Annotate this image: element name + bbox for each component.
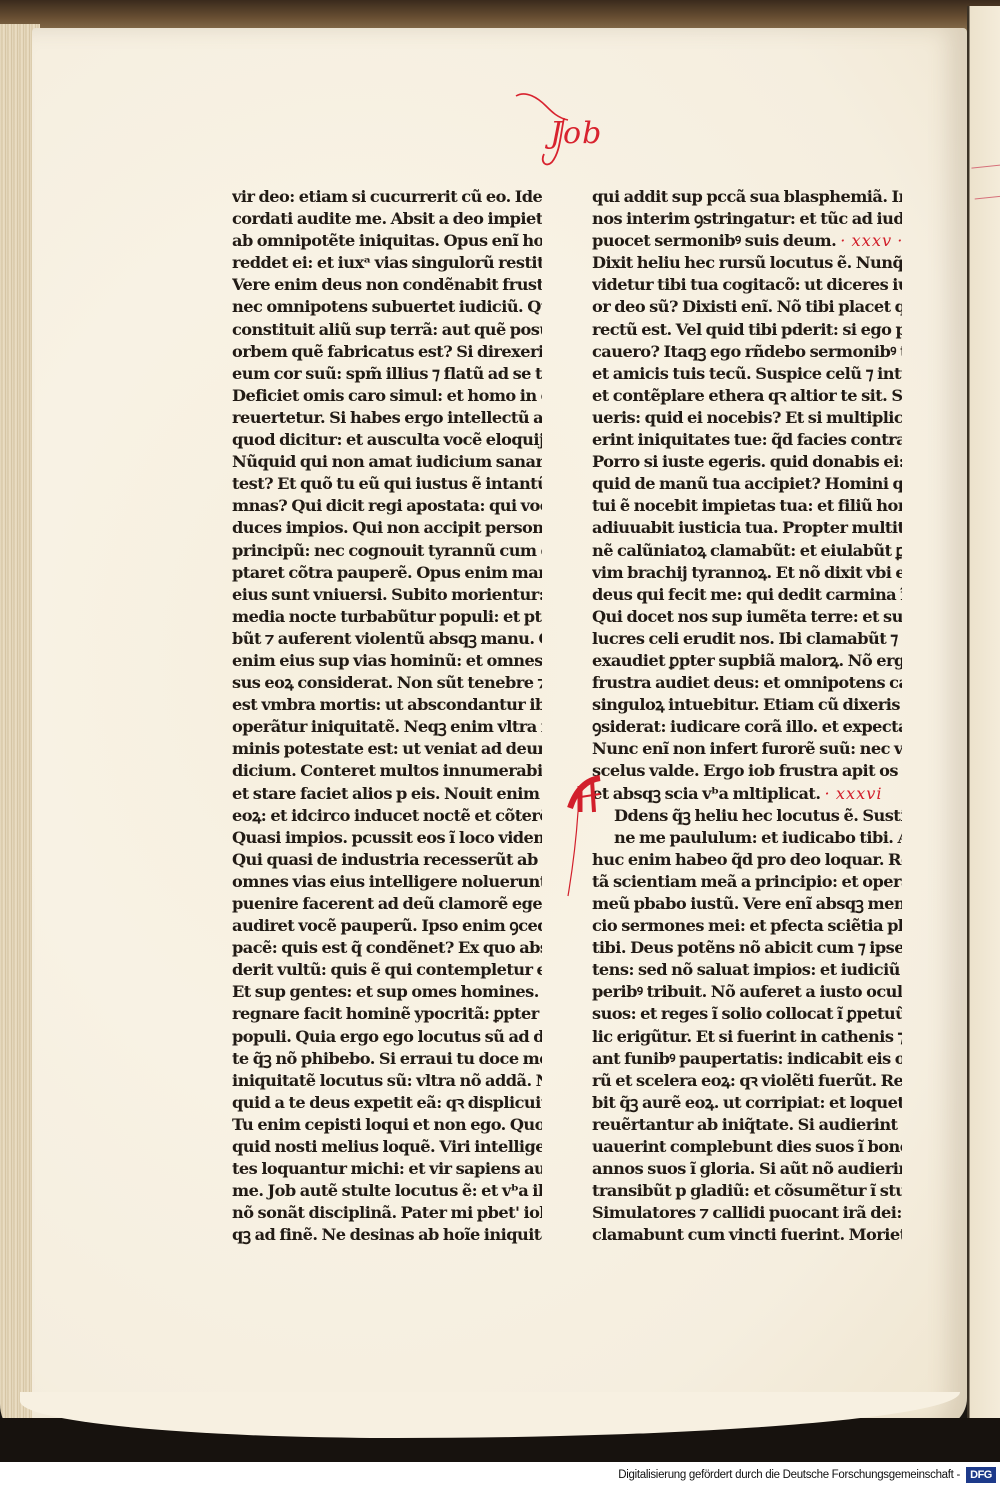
text-line: orbem quẽ fabricatus est? Si direxerit a… [232,341,542,363]
text-line: duces impios. Qui non accipit personas [232,517,542,539]
text-line: scelus valde. Ergo iob frustra apit os s… [592,760,902,782]
text-line: rũ et scelera eoꝝ: qꝛ violẽti fuerũt. Re… [592,1070,902,1092]
text-line: principũ: nec cognouit tyrannũ cum disce [232,540,542,562]
funding-credit: Digitalisierung gefördert durch die Deut… [618,1469,960,1481]
text-line: puenire facerent ad deũ clamorẽ egeni: e… [232,893,542,915]
text-line: derit vultũ: quis ẽ qui contempletur eum… [232,959,542,981]
text-line: tui ẽ nocebit impietas tua: et filiũ hom… [592,495,902,517]
text-line: reuẽrtantur ab iniq̃tate. Si audierint ⁊… [592,1114,902,1136]
text-line: quid a te deus expetit eã: qꝛ displicuit… [232,1092,542,1114]
text-line: vim brachij tyrannoꝝ. Et nõ dixit vbi es… [592,562,902,584]
text-line: rectũ est. Vel quid tibi pderit: si ego … [592,319,902,341]
dfg-logo-icon: DFG [966,1467,996,1483]
text-line: Dixit heliu hec rursũ locutus ẽ. Nunq̃d … [592,252,902,274]
text-line: cauero? Itaqꝫ ego rñdebo sermonibꝰ tuis: [592,341,902,363]
text-line: et amicis tuis tecũ. Suspice celũ ⁊ intu… [592,363,902,385]
library-stamp [971,165,1000,200]
text-column-right: qui addit sup pccã sua blasphemiã. Inter… [592,186,902,1247]
facing-page-edge [967,6,1000,1436]
text-line: ant funibꝰ paupertatis: indicabit eis op… [592,1048,902,1070]
text-line: ab omnipotẽte iniquitas. Opus enĩ hoĩs [232,230,542,252]
text-line: vir deo: etiam si cucurrerit cũ eo. Ideo… [232,186,542,208]
text-line: deus qui fecit me: qui dedit carmina ĩ n… [592,584,902,606]
text-line: me. Job autẽ stulte locutus ẽ: et vᵇa il… [232,1180,542,1202]
text-line: lucres celi erudit nos. Ibi clamabũt ⁊ n… [592,628,902,650]
text-line: or deo sũ? Dixisti enĩ. Nõ tibi placet q… [592,296,902,318]
text-line: videtur tibi tua cogitacõ: ut diceres iu… [592,274,902,296]
decorated-initial-a [566,772,602,900]
text-line: populi. Quia ergo ego locutus sũ ad deũ: [232,1026,542,1048]
text-line: exaudiet ꝑpter supbiã malorꝝ. Nõ ergo [592,650,902,672]
text-line: quid nosti melius loquẽ. Viri intelligen [232,1136,542,1158]
text-fragment: et absqꝫ scia vᵇa mltiplicat. [592,784,820,803]
text-line: Qui docet nos sup iumẽta terre: et sup v… [592,606,902,628]
text-line: Simulatores ⁊ callidi puocant irã dei: n… [592,1202,902,1224]
text-line: clamabunt cum vincti fuerint. Morietur i… [592,1224,902,1246]
text-line: lic erigũtur. Et si fuerint in cathenis … [592,1026,902,1048]
text-line: Et sup gentes: et sup omes homines. Qui [232,981,542,1003]
text-line: enim eius sup vias hominũ: et omnes gres [232,650,542,672]
text-line: Tu enim cepisti loqui et non ego. Quod s… [232,1114,542,1136]
text-line: Porro si iuste egeris. quid donabis ei: … [592,451,902,473]
text-line: huc enim habeo q̃d pro deo loquar. Repe= [592,849,902,871]
text-line: bũt ⁊ auferent violentũ absqꝫ manu. Ocul… [232,628,542,650]
text-line: iniquitatẽ locutus sũ: vltra nõ addã. Nu… [232,1070,542,1092]
text-line: frustra audiet deus: et omnipotens causa… [592,672,902,694]
text-line: cio sermones mei: et pfecta sciẽtia pbab… [592,915,902,937]
chapter-number-36: · xxxvi [825,784,883,803]
rubricated-initial-icon [566,772,602,900]
text-line: peribꝰ tribuit. Nõ auferet a iusto oculo… [592,981,902,1003]
text-line: media nocte turbabũtur populi: et ptrans… [232,606,542,628]
text-line: ne me paululum: et iudicabo tibi. Ad [592,827,902,849]
text-line: bit q̃ꝫ aurẽ eoꝝ. ut corripiat: et loque… [592,1092,902,1114]
text-line: dicium. Conteret multos innumerabiles: [232,760,542,782]
text-line: regnare facit hominẽ ypocritã: ꝑpter pec… [232,1003,542,1025]
text-line: adiuuabit iusticia tua. Propter multitud… [592,517,902,539]
text-line: transibũt p gladiũ: et cõsumẽtur ĩ stult… [592,1180,902,1202]
text-line: annos suos ĩ gloria. Si aũt nõ audierint [592,1158,902,1180]
text-line: reuertetur. Si habes ergo intellectũ aud… [232,407,542,429]
text-line: Ddens q̃ꝫ heliu hec locutus ẽ. Susti [592,805,902,827]
text-line: operãtur iniquitatẽ. Neqꝫ enim vltra in … [232,716,542,738]
chapter-number-35: · xxxv · [840,231,902,250]
text-line: minis potestate est: ut veniat ad deum i… [232,738,542,760]
manuscript-scan: Job vir deo: etiam si cucurrerit cũ eo. … [0,0,1000,1462]
text-line: qꝫ ad finẽ. Ne desinas ab hoĩe iniquitat… [232,1224,542,1246]
text-line: mnas? Qui dicit regi apostata: qui vocat [232,495,542,517]
text-line: reddet ei: et iuxᵃ vias singulorũ restit… [232,252,542,274]
text-line: ueris: quid ei nocebis? Et si multiplica… [592,407,902,429]
text-line: eoꝝ: et idcirco inducet noctẽ et cõterẽt… [232,805,542,827]
text-line: audiret vocẽ pauperũ. Ipso enim ꝯcedẽte [232,915,542,937]
running-head: Job [500,88,610,178]
text-line: constituit aliũ sup terrã: aut quẽ posui… [232,319,542,341]
text-line: Deficiet omis caro simul: et homo in cin… [232,385,542,407]
text-line: meũ pbabo iustũ. Vere enĩ absqꝫ menda= [592,893,902,915]
text-line: Qui quasi de industria recesserũt ab eo.… [232,849,542,871]
text-line: singuloꝝ intuebitur. Etiam cũ dixeris no… [592,694,902,716]
page-bottom-shadow [0,1418,1000,1462]
text-line: nos interim ꝯstringatur: et tũc ad iudic… [592,208,902,230]
text-line: quod dicitur: et ausculta vocẽ eloquij m… [232,429,542,451]
footer-bar: Digitalisierung gefördert durch die Deut… [0,1462,1000,1488]
text-line: eius sunt vniuersi. Subito morientur: ⁊ … [232,584,542,606]
text-line: nẽ calũniatoꝝ clamabũt: et eiulabũt ꝑpte… [592,540,902,562]
text-line: ꝯsiderat: iudicare corã illo. et expecta… [592,716,902,738]
text-line: test? Et quõ tu eũ qui iustus ẽ intantũ … [232,473,542,495]
text-line: est vmbra mortis: ut abscondantur ibi qu… [232,694,542,716]
text-line: te q̃ꝫ nõ phibebo. Si erraui tu doce me.… [232,1048,542,1070]
text-line: suos: et reges ĩ solio collocat ĩ ꝑpetuũ… [592,1003,902,1025]
text-line: Nunc enĩ non infert furorẽ suũ: nec vlci… [592,738,902,760]
text-line: nõ sonãt disciplinã. Pater mi pbet' iob … [232,1202,542,1224]
text-line-with-chapter: puocet sermonibꝰ suis deum. · xxxv · [592,230,902,252]
text-line: quid de manũ tua accipiet? Homini qui si… [592,473,902,495]
text-line: Quasi impios. pcussit eos ĩ loco videnti… [232,827,542,849]
text-line: nec omnipotens subuertet iudiciũ. Quem [232,296,542,318]
text-line: et contẽplare ethera qꝛ altior te sit. S… [592,385,902,407]
text-line: tibi. Deus potẽns nõ abicit cum ⁊ ipse s… [592,937,902,959]
text-line: ptaret cõtra pauperẽ. Opus enim manuũ [232,562,542,584]
text-line: tã scientiam meã a principio: et operato… [592,871,902,893]
text-line: pacẽ: quis est q̃ condẽnet? Ex quo absco… [232,937,542,959]
text-line: Vere enim deus non condẽnabit frustra: [232,274,542,296]
text-line: tes loquantur michi: et vir sapiens audi… [232,1158,542,1180]
text-column-left: vir deo: etiam si cucurrerit cũ eo. Ideo… [232,186,542,1247]
running-head-title: Job [550,116,602,151]
text-fragment: puocet sermonibꝰ suis deum. [592,231,836,250]
text-line: erint iniquitates tue: q̃d facies contra… [592,429,902,451]
text-line: eum cor suũ: spm̃ illius ⁊ flatũ ad se t… [232,363,542,385]
text-line: cordati audite me. Absit a deo impietas:… [232,208,542,230]
text-line: Nũquid qui non amat iudicium sanari po= [232,451,542,473]
text-line: tens: sed nõ saluat impios: et iudiciũ p… [592,959,902,981]
text-line: sus eoꝝ considerat. Non sũt tenebre ⁊ nõ [232,672,542,694]
text-line: uauerint complebunt dies suos ĩ bono: et [592,1136,902,1158]
text-line-with-chapter: et absqꝫ scia vᵇa mltiplicat. · xxxvi [592,783,902,805]
text-line: et stare faciet alios p eis. Nouit enim … [232,783,542,805]
text-line: omnes vias eius intelligere noluerunt: u… [232,871,542,893]
text-line: qui addit sup pccã sua blasphemiã. Inter [592,186,902,208]
